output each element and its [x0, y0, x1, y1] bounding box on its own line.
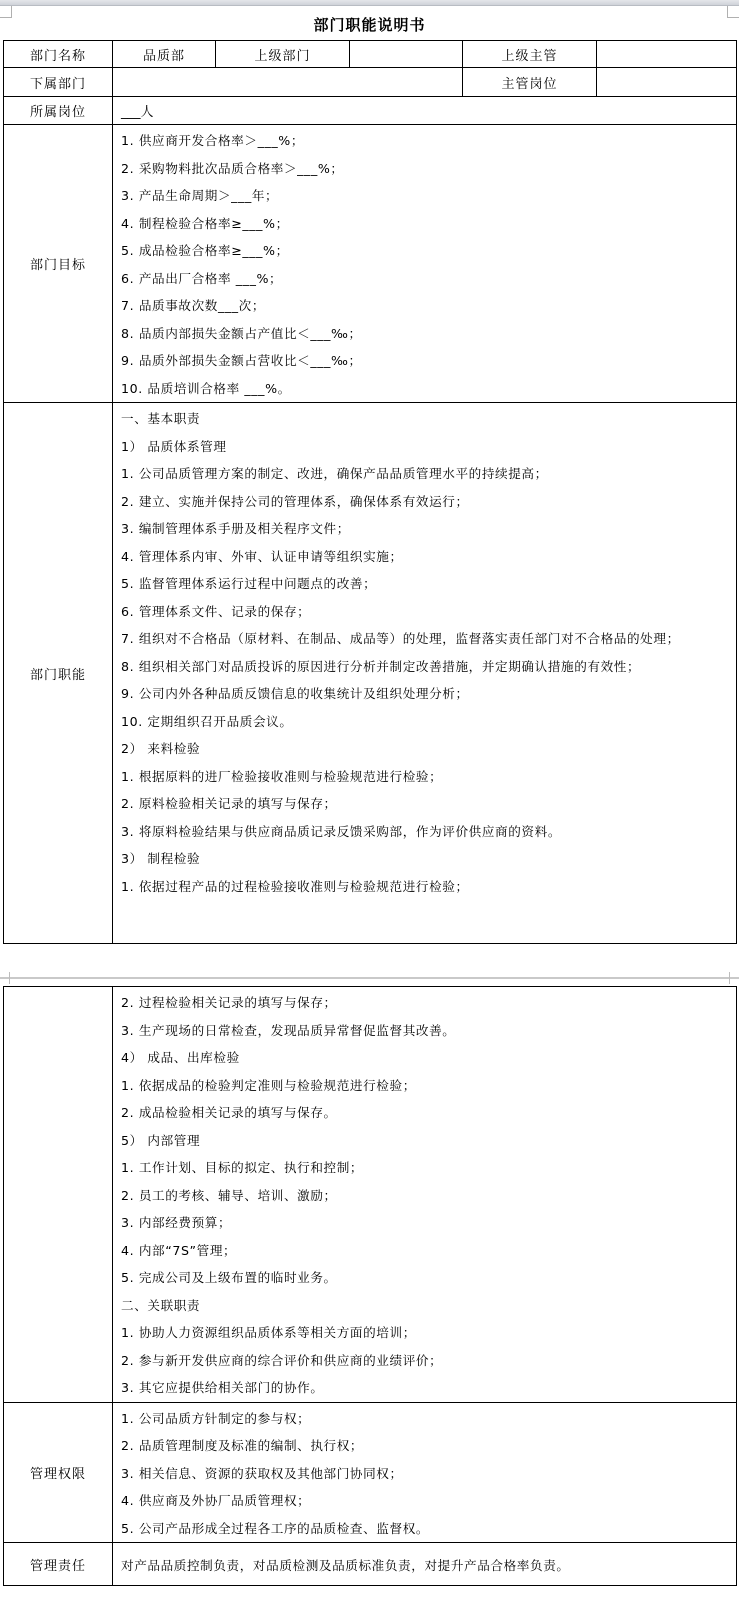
function-item: 4. 管理体系内审、外审、认证申请等组织实施；	[121, 543, 736, 571]
positions-label: 所属岗位	[4, 97, 113, 125]
function-item: 2. 原料检验相关记录的填写与保存；	[121, 790, 736, 818]
function-item: 4） 成品、出库检验	[121, 1044, 736, 1072]
supervisor-label: 上级主管	[463, 41, 597, 68]
function-item: 5. 完成公司及上级布置的临时业务。	[121, 1264, 736, 1292]
page-break	[0, 972, 739, 984]
function-item: 10. 定期组织召开品质会议。	[121, 708, 736, 736]
function-item: 1. 依据过程产品的过程检验接收准则与检验规范进行检验；	[121, 873, 736, 901]
goals-row: 部门目标 1. 供应商开发合格率＞___%； 2. 采购物料批次品质合格率＞__…	[4, 125, 737, 403]
manager-post-label: 主管岗位	[463, 68, 597, 97]
responsibility-text: 对产品品质控制负责，对品质检测及品质标准负责，对提升产品合格率负责。	[113, 1543, 737, 1586]
positions-value[interactable]: ___人	[113, 97, 737, 125]
parent-dept-value[interactable]	[350, 41, 463, 68]
functions-list-page1: 一、基本职责 1） 品质体系管理 1. 公司品质管理方案的制定、改进，确保产品品…	[113, 403, 737, 944]
function-item: 2. 过程检验相关记录的填写与保存；	[121, 989, 736, 1017]
function-item: 3. 生产现场的日常检查，发现品质异常督促监督其改善。	[121, 1017, 736, 1045]
manager-post-value[interactable]	[597, 68, 737, 97]
sub-dept-value[interactable]	[113, 68, 463, 97]
authority-item: 5. 公司产品形成全过程各工序的品质检查、监督权。	[121, 1515, 736, 1543]
function-item: 8. 组织相关部门对品质投诉的原因进行分析并制定改善措施，并定期确认措施的有效性…	[121, 653, 736, 681]
function-item: 2. 参与新开发供应商的综合评价和供应商的业绩评价；	[121, 1347, 736, 1375]
page-margin-corner-right	[729, 972, 739, 984]
functions-label: 部门职能	[4, 403, 113, 944]
dept-function-table-page2: 2. 过程检验相关记录的填写与保存； 3. 生产现场的日常检查，发现品质异常督促…	[3, 986, 737, 1586]
sub-dept-label: 下属部门	[4, 68, 113, 97]
goal-item: 8. 品质内部损失金额占产值比＜___‰；	[121, 320, 736, 348]
authority-row: 管理权限 1. 公司品质方针制定的参与权； 2. 品质管理制度及标准的编制、执行…	[4, 1402, 737, 1543]
function-item: 2. 成品检验相关记录的填写与保存。	[121, 1099, 736, 1127]
function-item: 3. 其它应提供给相关部门的协作。	[121, 1374, 736, 1402]
function-item: 6. 管理体系文件、记录的保存；	[121, 598, 736, 626]
authority-item: 4. 供应商及外协厂品质管理权；	[121, 1487, 736, 1515]
authority-label: 管理权限	[4, 1402, 113, 1543]
goal-item: 6. 产品出厂合格率 ___%；	[121, 265, 736, 293]
function-item: 7. 组织对不合格品（原材料、在制品、成品等）的处理，监督落实责任部门对不合格品…	[121, 625, 736, 653]
parent-dept-label: 上级部门	[216, 41, 350, 68]
authority-item: 3. 相关信息、资源的获取权及其他部门协同权；	[121, 1460, 736, 1488]
header-row-2: 下属部门 主管岗位	[4, 68, 737, 97]
page-break-line	[0, 977, 739, 979]
authority-item: 1. 公司品质方针制定的参与权；	[121, 1405, 736, 1433]
authority-list: 1. 公司品质方针制定的参与权； 2. 品质管理制度及标准的编制、执行权； 3.…	[113, 1402, 737, 1543]
function-item: 3. 将原料检验结果与供应商品质记录反馈采购部，作为评价供应商的资料。	[121, 818, 736, 846]
function-item: 2） 来料检验	[121, 735, 736, 763]
goal-item: 4. 制程检验合格率≥___%；	[121, 210, 736, 238]
function-item: 2. 员工的考核、辅导、培训、激励；	[121, 1182, 736, 1210]
supervisor-value[interactable]	[597, 41, 737, 68]
function-item: 1. 依据成品的检验判定准则与检验规范进行检验；	[121, 1072, 736, 1100]
function-item: 9. 公司内外各种品质反馈信息的收集统计及组织处理分析；	[121, 680, 736, 708]
goal-item: 10. 品质培训合格率 ___%。	[121, 375, 736, 403]
header-row-1: 部门名称 品质部 上级部门 上级主管	[4, 41, 737, 68]
page-margin-corner-left	[0, 972, 10, 984]
function-item: 2. 建立、实施并保持公司的管理体系，确保体系有效运行；	[121, 488, 736, 516]
goal-item: 1. 供应商开发合格率＞___%；	[121, 127, 736, 155]
function-item: 3） 制程检验	[121, 845, 736, 873]
function-item: 3. 编制管理体系手册及相关程序文件；	[121, 515, 736, 543]
authority-item: 2. 品质管理制度及标准的编制、执行权；	[121, 1432, 736, 1460]
goals-list: 1. 供应商开发合格率＞___%； 2. 采购物料批次品质合格率＞___%； 3…	[113, 125, 737, 403]
function-item: 1. 公司品质管理方案的制定、改进，确保产品品质管理水平的持续提高；	[121, 460, 736, 488]
goal-item: 5. 成品检验合格率≥___%；	[121, 237, 736, 265]
function-item: 1. 工作计划、目标的拟定、执行和控制；	[121, 1154, 736, 1182]
goal-item: 9. 品质外部损失金额占营收比＜___‰；	[121, 347, 736, 375]
function-item: 1. 协助人力资源组织品质体系等相关方面的培训；	[121, 1319, 736, 1347]
function-item: 5. 监督管理体系运行过程中问题点的改善；	[121, 570, 736, 598]
goal-item: 7. 品质事故次数___次；	[121, 292, 736, 320]
goals-label: 部门目标	[4, 125, 113, 403]
header-row-3: 所属岗位 ___人	[4, 97, 737, 125]
responsibility-row: 管理责任 对产品品质控制负责，对品质检测及品质标准负责，对提升产品合格率负责。	[4, 1543, 737, 1586]
function-item: 一、基本职责	[121, 405, 736, 433]
functions-list-page2: 2. 过程检验相关记录的填写与保存； 3. 生产现场的日常检查，发现品质异常督促…	[113, 987, 737, 1403]
function-item: 5） 内部管理	[121, 1127, 736, 1155]
function-item: 1. 根据原料的进厂检验接收准则与检验规范进行检验；	[121, 763, 736, 791]
functions-label-empty	[4, 987, 113, 1403]
function-item: 1） 品质体系管理	[121, 433, 736, 461]
dept-name-label: 部门名称	[4, 41, 113, 68]
goal-item: 3. 产品生命周期＞___年；	[121, 182, 736, 210]
functions-row-continued: 2. 过程检验相关记录的填写与保存； 3. 生产现场的日常检查，发现品质异常督促…	[4, 987, 737, 1403]
function-item: 3. 内部经费预算；	[121, 1209, 736, 1237]
window-top-bar	[0, 0, 739, 6]
function-item: 二、关联职责	[121, 1292, 736, 1320]
function-item: 4. 内部“7S”管理；	[121, 1237, 736, 1265]
dept-function-table-page1: 部门名称 品质部 上级部门 上级主管 下属部门 主管岗位 所属岗位 ___人 部…	[3, 40, 737, 944]
responsibility-label: 管理责任	[4, 1543, 113, 1586]
dept-name-value[interactable]: 品质部	[113, 41, 216, 68]
functions-row: 部门职能 一、基本职责 1） 品质体系管理 1. 公司品质管理方案的制定、改进，…	[4, 403, 737, 944]
document-title: 部门职能说明书	[0, 14, 739, 35]
goal-item: 2. 采购物料批次品质合格率＞___%；	[121, 155, 736, 183]
